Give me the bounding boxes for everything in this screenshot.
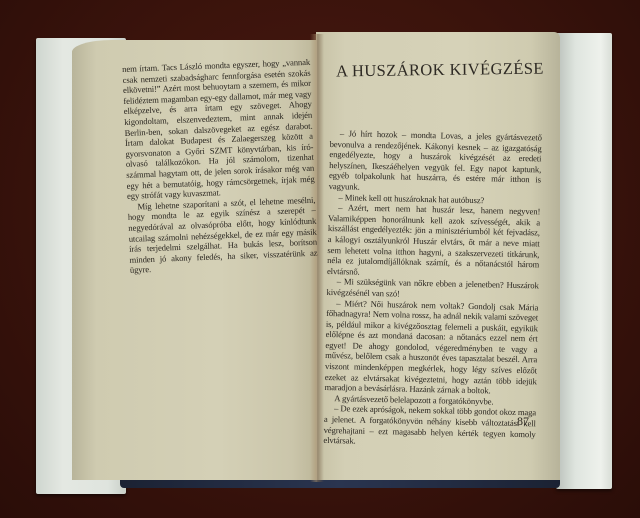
left-paragraph: nem írtam. Tacs László mondta egyszer, h… — [122, 57, 315, 202]
book-cover-right — [556, 33, 612, 489]
left-page-text: nem írtam. Tacs László mondta egyszer, h… — [122, 57, 318, 276]
right-paragraph: – Miért? Női huszárok nem voltak? Gondol… — [324, 297, 538, 397]
page-number: 87 — [517, 414, 529, 429]
chapter-title: A HUSZÁROK KIVÉGZÉSE — [336, 59, 544, 82]
right-page-text: – Jó hírt hozok – mondta Lovas, a jeles … — [323, 128, 542, 450]
photo-scene: nem írtam. Tacs László mondta egyszer, h… — [0, 0, 640, 518]
left-paragraph: Míg lehetne szaporítani a szót, el lehet… — [127, 194, 318, 275]
right-paragraph: – Jó hírt hozok – mondta Lovas, a jeles … — [329, 128, 542, 196]
right-paragraph: – De ezek apróságok, nekem sokkal több g… — [323, 403, 536, 450]
book-spine-bottom — [120, 480, 560, 488]
right-paragraph: – Azért, mert nem hat huszár lesz, hanem… — [327, 202, 541, 281]
